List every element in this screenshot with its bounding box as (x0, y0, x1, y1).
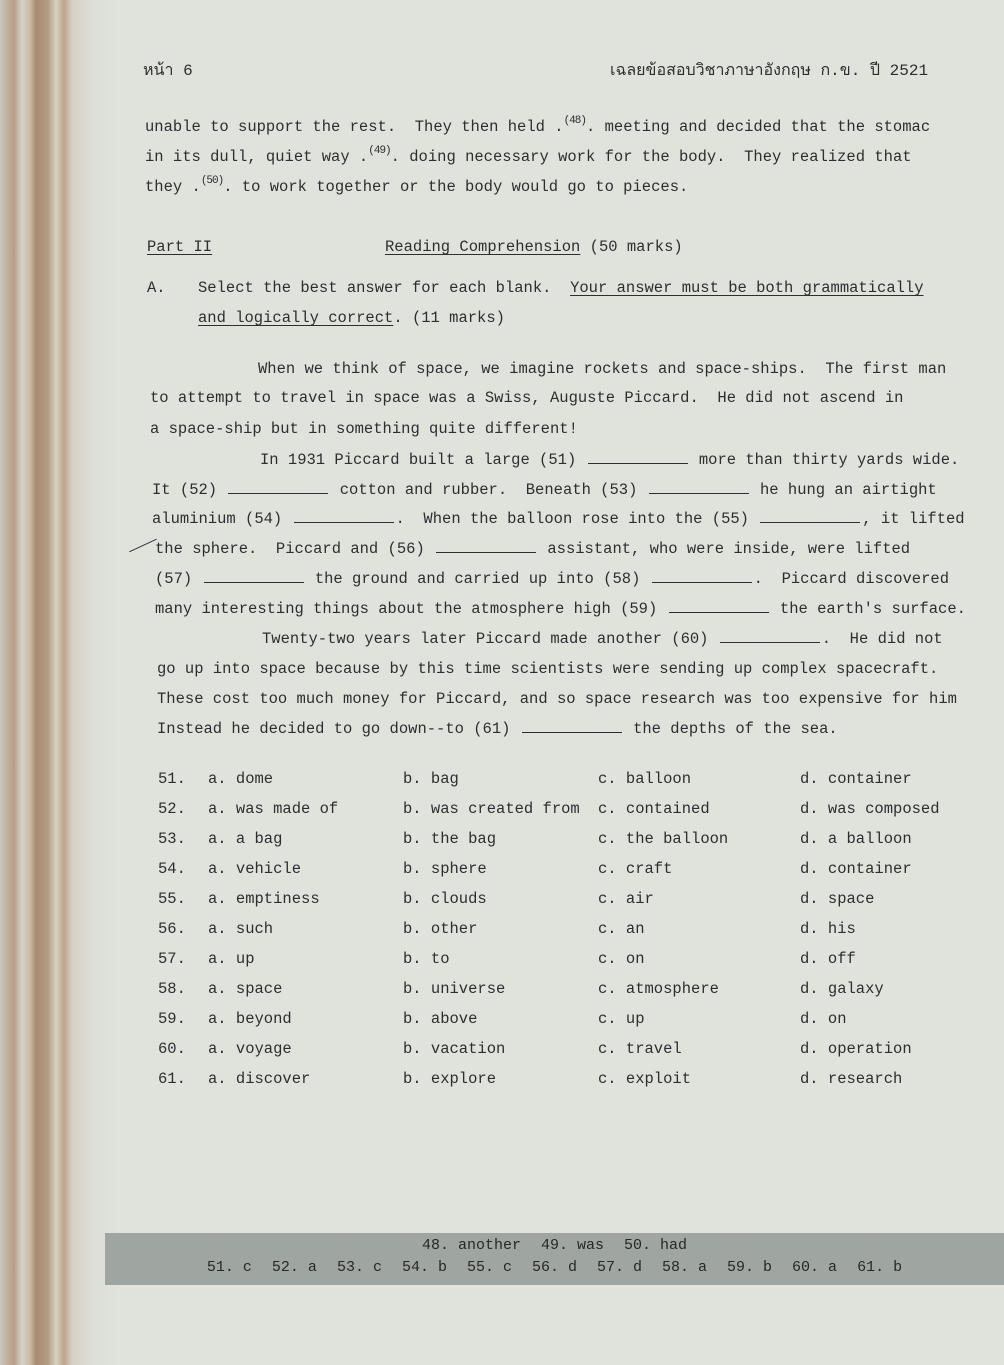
passage-line: a space-ship but in something quite diff… (150, 420, 578, 438)
option-b: b. other (403, 920, 477, 938)
option-c: c. travel (598, 1040, 682, 1058)
question-row: 59.a. beyondb. abovec. upd. on (158, 1010, 998, 1032)
part-heading: Reading Comprehension (50 marks) (385, 238, 683, 256)
option-d: d. operation (800, 1040, 912, 1058)
option-b: b. above (403, 1010, 477, 1028)
option-a: a. a bag (208, 830, 282, 848)
answer-blank (669, 600, 769, 613)
option-d: d. container (800, 770, 912, 788)
option-a: a. dome (208, 770, 273, 788)
option-c: c. craft (598, 860, 672, 878)
answer-blank (522, 720, 622, 733)
passage-line: (57) the ground and carried up into (58)… (155, 570, 949, 588)
option-a: a. such (208, 920, 273, 938)
option-b: b. explore (403, 1070, 496, 1088)
option-b: b. was created from (403, 800, 580, 818)
question-number: 51. (158, 770, 186, 788)
question-number: 54. (158, 860, 186, 878)
answer-key-item: 53. c (337, 1259, 382, 1276)
option-b: b. universe (403, 980, 505, 998)
option-d: d. research (800, 1070, 902, 1088)
answer-blank (649, 481, 749, 494)
passage-line: Instead he decided to go down--to (61) t… (157, 720, 838, 738)
option-c: c. up (598, 1010, 645, 1028)
option-d: d. container (800, 860, 912, 878)
option-d: d. a balloon (800, 830, 912, 848)
option-a: a. beyond (208, 1010, 292, 1028)
question-row: 61.a. discoverb. explorec. exploitd. res… (158, 1070, 998, 1092)
passage-line: When we think of space, we imagine rocke… (258, 360, 946, 378)
answer-key-item: 54. b (402, 1259, 447, 1276)
question-row: 53.a. a bagb. the bagc. the balloond. a … (158, 830, 998, 852)
option-d: d. space (800, 890, 874, 908)
part-label: Part II (147, 238, 212, 256)
option-d: d. his (800, 920, 856, 938)
option-d: d. off (800, 950, 856, 968)
answer-key-item: 56. d (532, 1259, 577, 1276)
passage-line: In 1931 Piccard built a large (51) more … (260, 451, 959, 469)
answer-blank (652, 570, 752, 583)
answer-key-item: 61. b (857, 1259, 902, 1276)
question-row: 51.a. domeb. bagc. balloond. container (158, 770, 998, 792)
option-a: a. emptiness (208, 890, 320, 908)
answer-key-item: 49. was (541, 1237, 604, 1254)
question-number: 56. (158, 920, 186, 938)
document-title: เฉลยข้อสอบวิชาภาษาอังกฤษ ก.ข. ปี 2521 (610, 58, 928, 83)
answer-key-item: 60. a (792, 1259, 837, 1276)
option-b: b. to (403, 950, 450, 968)
option-b: b. the bag (403, 830, 496, 848)
option-a: a. up (208, 950, 255, 968)
passage-line: These cost too much money for Piccard, a… (157, 690, 957, 708)
option-b: b. sphere (403, 860, 487, 878)
answer-blank (588, 451, 688, 464)
answer-key-row-1: 48. another49. was50. had (105, 1237, 1004, 1254)
question-row: 58.a. spaceb. universec. atmosphered. ga… (158, 980, 998, 1002)
answer-key-row-2: 51. c52. a53. c54. b55. c56. d57. d58. a… (105, 1259, 1004, 1276)
answer-blank (294, 510, 394, 523)
option-a: a. voyage (208, 1040, 292, 1058)
question-row: 55.a. emptinessb. cloudsc. aird. space (158, 890, 998, 912)
option-a: a. was made of (208, 800, 338, 818)
option-c: c. atmosphere (598, 980, 719, 998)
option-c: c. air (598, 890, 654, 908)
option-c: c. an (598, 920, 645, 938)
option-c: c. on (598, 950, 645, 968)
continuation-line-3: they .(50). to work together or the body… (145, 178, 688, 196)
option-b: b. bag (403, 770, 459, 788)
option-a: a. discover (208, 1070, 310, 1088)
option-c: c. balloon (598, 770, 691, 788)
passage-line: aluminium (54) . When the balloon rose i… (152, 510, 965, 528)
question-number: 53. (158, 830, 186, 848)
answer-blank (760, 510, 860, 523)
passage-line: the sphere. Piccard and (56) assistant, … (155, 540, 910, 558)
document-page: หน้า 6 เฉลยข้อสอบวิชาภาษาอังกฤษ ก.ข. ปี … (0, 0, 1004, 1365)
pen-mark (129, 539, 157, 553)
question-number: 58. (158, 980, 186, 998)
continuation-line-1: unable to support the rest. They then he… (145, 118, 930, 136)
question-number: 52. (158, 800, 186, 818)
answer-key-item: 57. d (597, 1259, 642, 1276)
option-c: c. contained (598, 800, 710, 818)
section-instruction: Select the best answer for each blank. Y… (198, 279, 924, 297)
answer-blank (436, 540, 536, 553)
answer-key-band: 48. another49. was50. had 51. c52. a53. … (105, 1233, 1004, 1285)
answer-key-item: 50. had (624, 1237, 687, 1254)
answer-key-item: 48. another (422, 1237, 521, 1254)
answer-key-item: 51. c (207, 1259, 252, 1276)
answer-key-item: 52. a (272, 1259, 317, 1276)
answer-blank (228, 481, 328, 494)
option-a: a. vehicle (208, 860, 301, 878)
page-number: หน้า 6 (143, 58, 193, 83)
option-d: d. on (800, 1010, 847, 1028)
answer-key-item: 55. c (467, 1259, 512, 1276)
passage-line: many interesting things about the atmosp… (155, 600, 966, 618)
option-b: b. clouds (403, 890, 487, 908)
answer-key-item: 59. b (727, 1259, 772, 1276)
option-b: b. vacation (403, 1040, 505, 1058)
answer-blank (204, 570, 304, 583)
question-row: 57.a. upb. toc. ond. off (158, 950, 998, 972)
passage-line: to attempt to travel in space was a Swis… (150, 389, 903, 407)
passage-line: Twenty-two years later Piccard made anot… (262, 630, 943, 648)
answer-blank (720, 630, 820, 643)
option-d: d. was composed (800, 800, 940, 818)
continuation-line-2: in its dull, quiet way .(49). doing nece… (145, 148, 912, 166)
question-row: 60.a. voyageb. vacationc. traveld. opera… (158, 1040, 998, 1062)
question-number: 57. (158, 950, 186, 968)
question-row: 52.a. was made ofb. was created fromc. c… (158, 800, 998, 822)
option-d: d. galaxy (800, 980, 884, 998)
answer-key-item: 58. a (662, 1259, 707, 1276)
section-letter: A. (147, 279, 166, 297)
question-number: 59. (158, 1010, 186, 1028)
option-c: c. the balloon (598, 830, 728, 848)
section-instruction-cont: and logically correct. (11 marks) (198, 309, 505, 327)
passage-line: It (52) cotton and rubber. Beneath (53) … (152, 481, 937, 499)
question-number: 61. (158, 1070, 186, 1088)
question-number: 55. (158, 890, 186, 908)
question-row: 56.a. suchb. otherc. and. his (158, 920, 998, 942)
passage-line: go up into space because by this time sc… (157, 660, 938, 678)
option-a: a. space (208, 980, 282, 998)
question-number: 60. (158, 1040, 186, 1058)
option-c: c. exploit (598, 1070, 691, 1088)
question-row: 54.a. vehicleb. spherec. craftd. contain… (158, 860, 998, 882)
